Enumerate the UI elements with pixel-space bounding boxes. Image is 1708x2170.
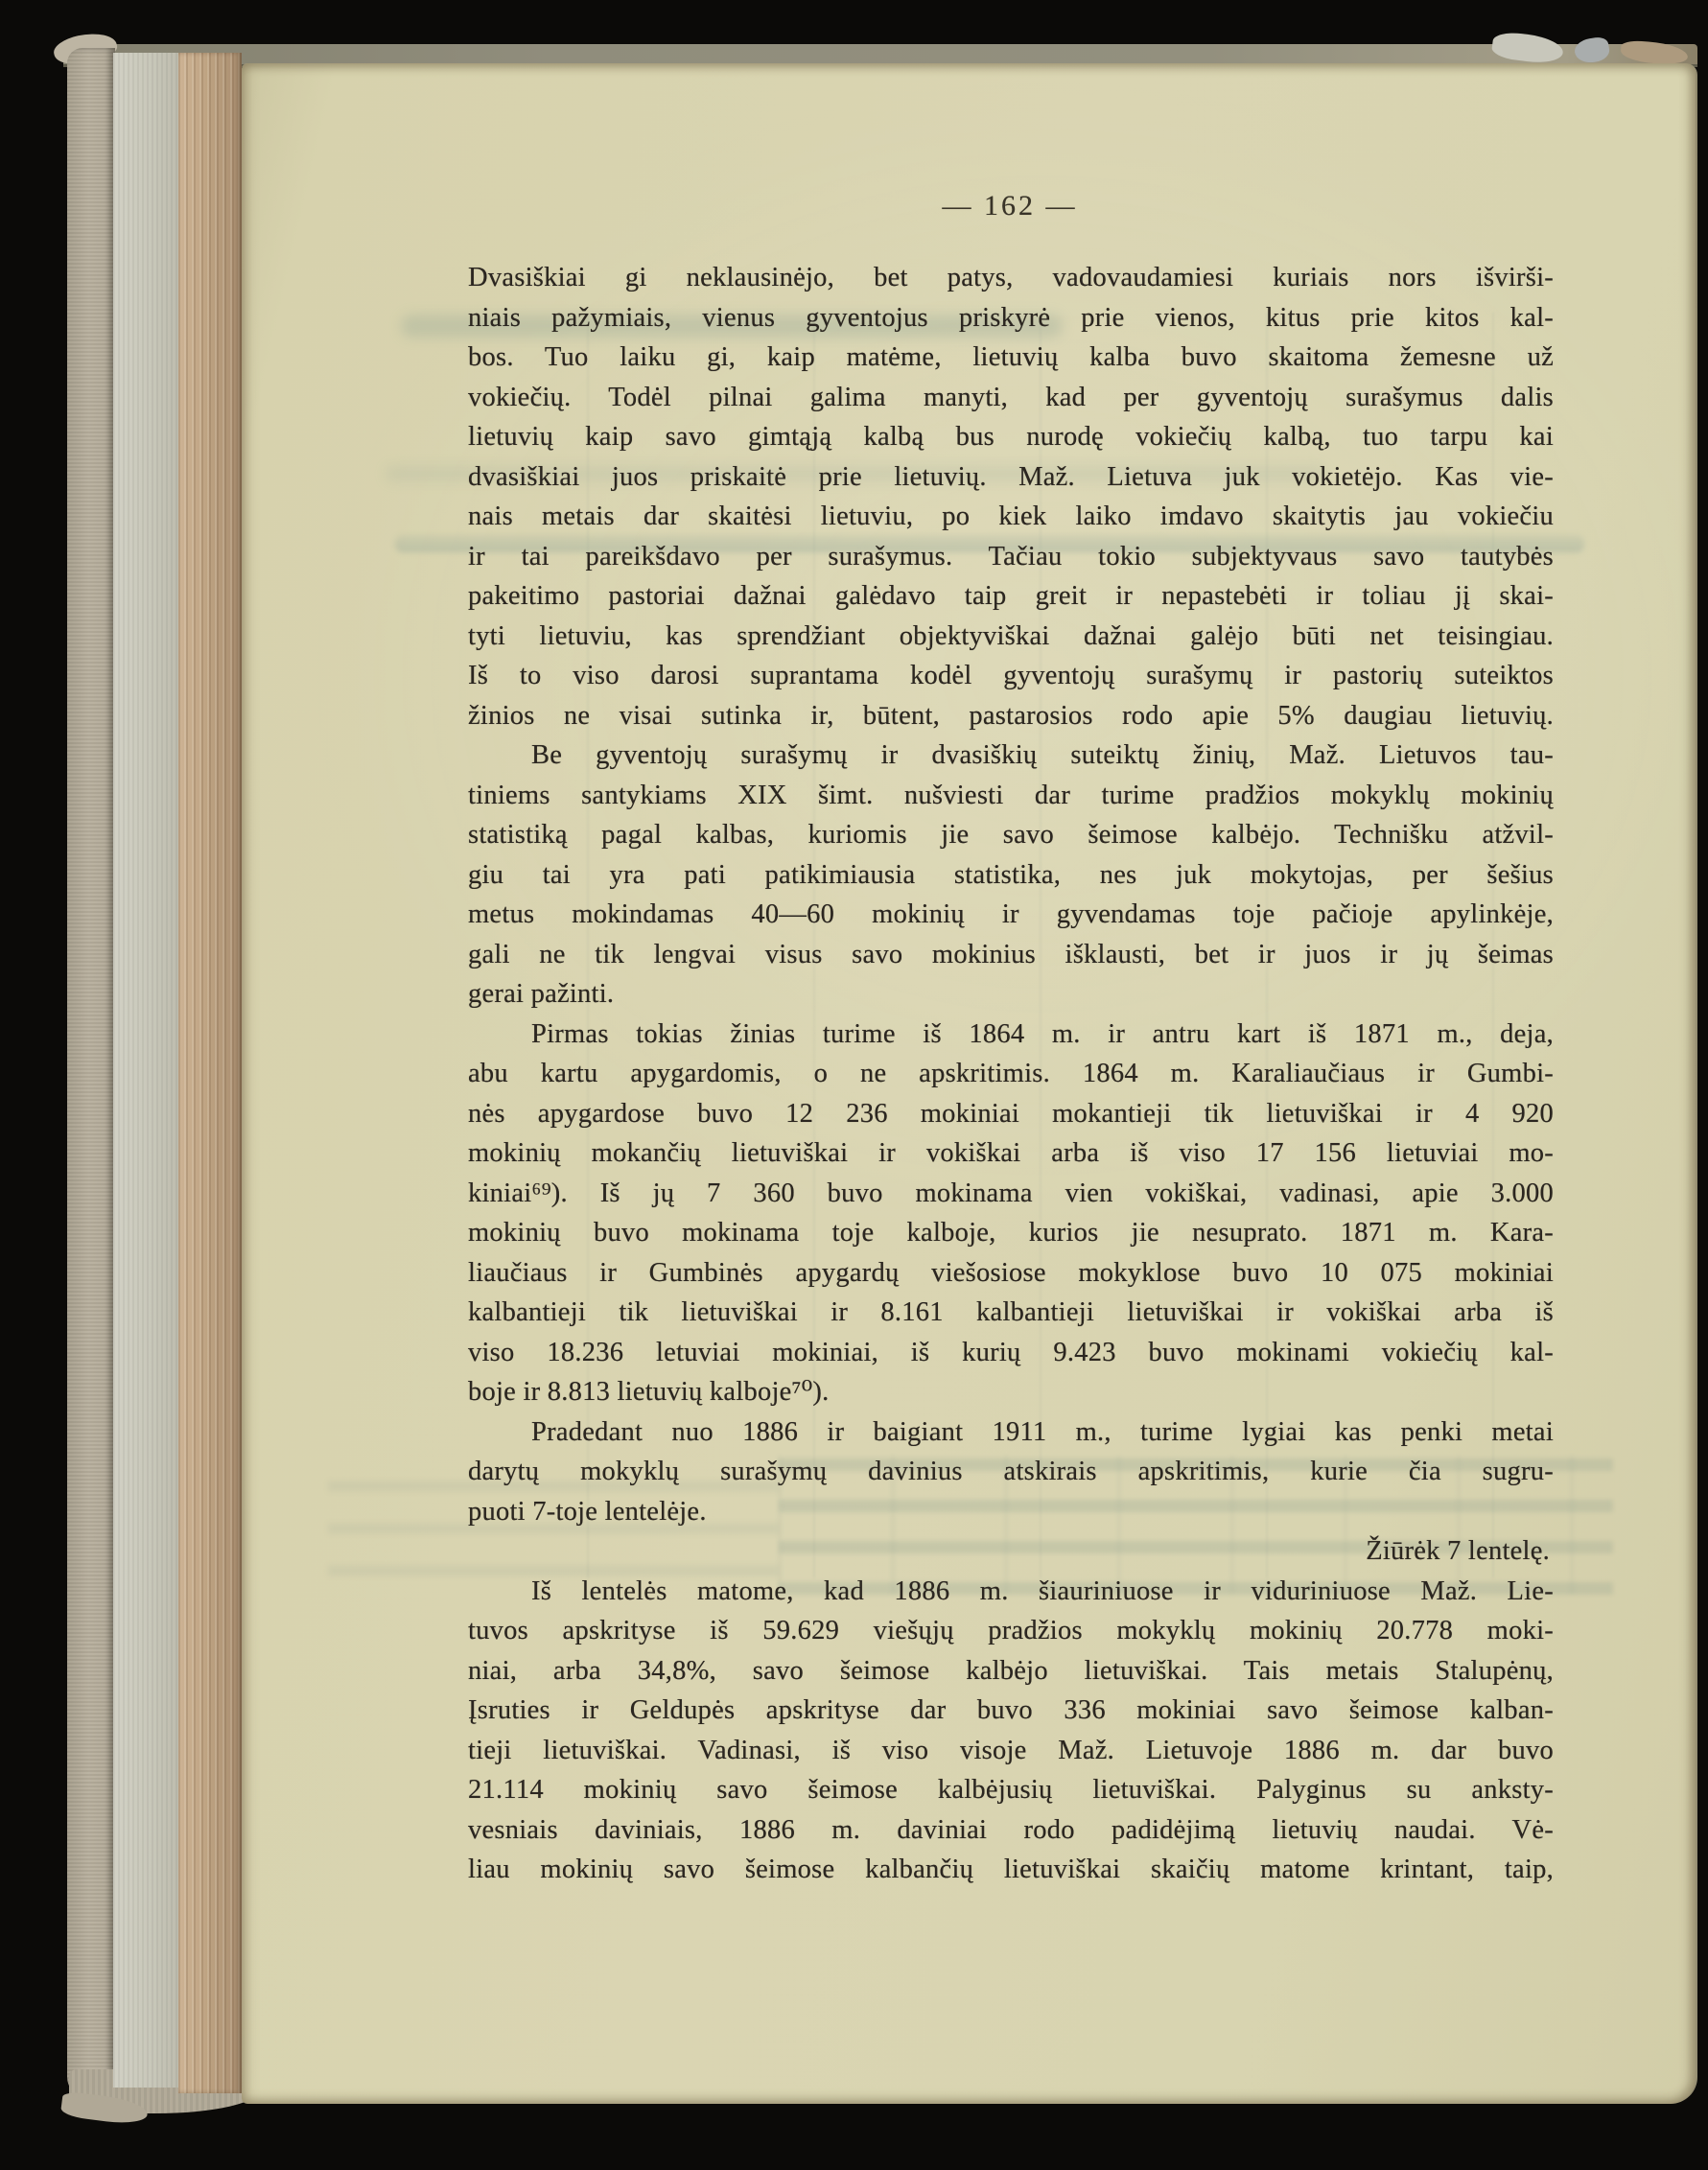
text-line: abu kartu apygardomis, o ne apskritimis.… <box>468 1054 1554 1094</box>
text-line: Žiūrėk 7 lentelę. <box>468 1531 1554 1572</box>
text-line: viso 18.236 letuviai mokiniai, iš kurių … <box>468 1333 1554 1373</box>
text-line: Pradedant nuo 1886 ir baigiant 1911 m., … <box>468 1412 1554 1453</box>
text-line: boje ir 8.813 lietuvių kalboje⁷⁰). <box>468 1372 1554 1412</box>
text-line: mokinių mokančių lietuviškai ir vokiškai… <box>468 1133 1554 1174</box>
text-line: lietuvių kaip savo gimtąją kalbą bus nur… <box>468 417 1554 457</box>
text-line: tyti lietuviu, kas sprendžiant objektyvi… <box>468 617 1554 657</box>
text-line: Įsruties ir Geldupės apskrityse dar buvo… <box>468 1691 1554 1731</box>
book-photo-scene: — 162 — Dvasiškiai gi neklausinėjo, bet … <box>0 0 1708 2170</box>
text-line: nės apygardose buvo 12 236 mokiniai moka… <box>468 1094 1554 1134</box>
text-line: gali ne tik lengvai visus savo mokinius … <box>468 935 1554 975</box>
text-line: Dvasiškiai gi neklausinėjo, bet patys, v… <box>468 258 1554 298</box>
text-line: tiniems santykiams XIX šimt. nušviesti d… <box>468 776 1554 816</box>
text-line: niais pažymiais, vienus gyventojus prisk… <box>468 298 1554 338</box>
page-number: — 162 — <box>468 190 1552 222</box>
text-line: metus mokindamas 40—60 mokinių ir gyvend… <box>468 895 1554 935</box>
text-line: gerai pažinti. <box>468 974 1554 1015</box>
text-line: kiniai⁶⁹). Iš jų 7 360 buvo mokinama vie… <box>468 1174 1554 1214</box>
text-line: darytų mokyklų surašymų davinius atskira… <box>468 1452 1554 1492</box>
text-line: liaučiaus ir Gumbinės apygardų viešosios… <box>468 1253 1554 1294</box>
text-line: bos. Tuo laiku gi, kaip matėme, lietuvių… <box>468 338 1554 378</box>
text-line: Pirmas tokias žinias turime iš 1864 m. i… <box>468 1015 1554 1055</box>
text-line: tieji lietuviškai. Vadinasi, iš viso vis… <box>468 1731 1554 1771</box>
text-line: žinios ne visai sutinka ir, būtent, past… <box>468 696 1554 736</box>
text-line: giu tai yra pati patikimiausia statistik… <box>468 855 1554 896</box>
text-line: niai, arba 34,8%, savo šeimose kalbėjo l… <box>468 1651 1554 1692</box>
text-line: Be gyventojų surašymų ir dvasiškių sutei… <box>468 735 1554 776</box>
stacked-page-edges-tan <box>178 53 242 2093</box>
text-line: pakeitimo pastoriai dažnai galėdavo taip… <box>468 576 1554 617</box>
body-text: Dvasiškiai gi neklausinėjo, bet patys, v… <box>468 258 1554 1890</box>
text-line: vesniais daviniais, 1886 m. daviniai rod… <box>468 1810 1554 1851</box>
text-line: Iš to viso darosi suprantama kodėl gyven… <box>468 656 1554 696</box>
text-line: dvasiškiai juos priskaitė prie lietuvių.… <box>468 457 1554 498</box>
book-cover-spine-cloth <box>67 48 115 2098</box>
text-line: mokinių buvo mokinama toje kalboje, kuri… <box>468 1213 1554 1253</box>
book-page: — 162 — Dvasiškiai gi neklausinėjo, bet … <box>242 63 1697 2104</box>
text-line: tuvos apskrityse iš 59.629 viešųjų pradž… <box>468 1611 1554 1651</box>
text-line: liau mokinių savo šeimose kalbančių liet… <box>468 1850 1554 1890</box>
text-line: nais metais dar skaitėsi lietuviu, po ki… <box>468 497 1554 537</box>
text-line: 21.114 mokinių savo šeimose kalbėjusių l… <box>468 1770 1554 1810</box>
text-line: kalbantieji tik lietuviškai ir 8.161 kal… <box>468 1293 1554 1333</box>
text-line: vokiečių. Todėl pilnai galima manyti, ka… <box>468 378 1554 418</box>
text-line: puoti 7-toje lentelėje. <box>468 1492 1554 1532</box>
text-line: ir tai pareikšdavo per surašymus. Tačiau… <box>468 537 1554 577</box>
text-line: statistiką pagal kalbas, kuriomis jie sa… <box>468 815 1554 855</box>
stacked-page-edges-light <box>113 53 178 2088</box>
text-line: Iš lentelės matome, kad 1886 m. šiaurini… <box>468 1572 1554 1612</box>
